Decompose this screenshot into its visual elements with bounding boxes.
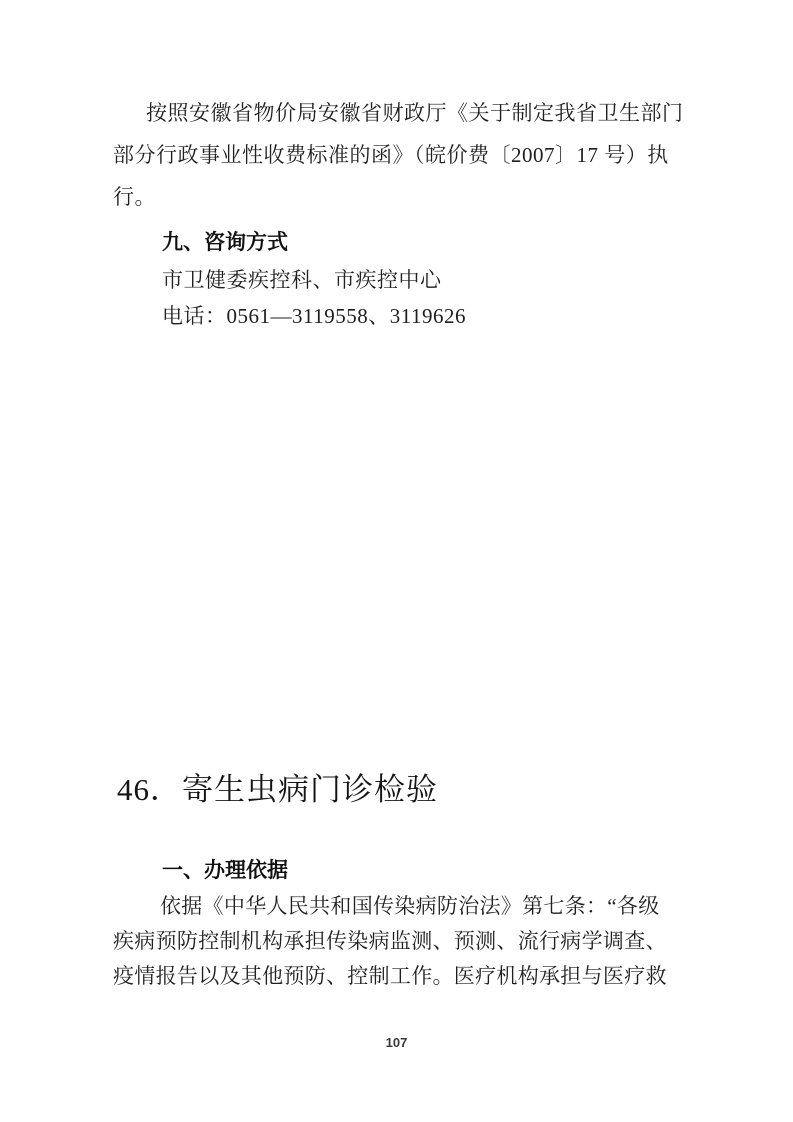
basis-paragraph: 依据《中华人民共和国传染病防治法》第七条：“各级 疾病预防控制机构承担传染病监测… [113,889,698,994]
section-46-title: 46．寄生虫病门诊检验 [117,768,717,812]
page-number: 107 [0,1034,793,1052]
consult-phone-line: 电话：0561—3119558、3119626 [162,298,682,335]
consult-section: 九、咨询方式 市卫健委疾控科、市疾控中心 电话：0561—3119558、311… [162,225,682,335]
fee-basis-paragraph: 按照安徽省物价局安徽省财政厅《关于制定我省卫生部门 部分行政事业性收费标准的函》… [113,92,698,218]
document-page: 按照安徽省物价局安徽省财政厅《关于制定我省卫生部门 部分行政事业性收费标准的函》… [0,0,793,1122]
consult-heading: 九、咨询方式 [162,225,682,262]
consult-department-line: 市卫健委疾控科、市疾控中心 [162,262,682,299]
basis-heading: 一、办理依据 [162,855,288,887]
